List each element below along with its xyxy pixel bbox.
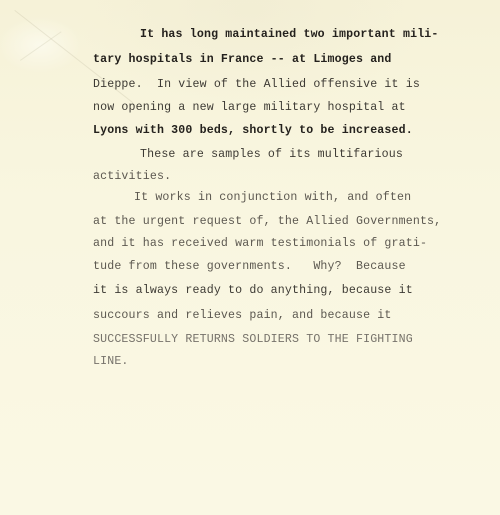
text-line: Lyons with 300 beds, shortly to be incre… [93, 124, 413, 138]
text-line: and it has received warm testimonials of… [93, 237, 427, 251]
text-line: now opening a new large military hospita… [93, 101, 406, 115]
text-line: succours and relieves pain, and because … [93, 309, 392, 323]
typewritten-text: It has long maintained two important mil… [0, 0, 28, 286]
text-line: It has long maintained two important mil… [140, 28, 439, 42]
text-line: SUCCESSFULLY RETURNS SOLDIERS TO THE FIG… [93, 333, 413, 347]
paper-page: It has long maintained two important mil… [0, 0, 500, 515]
text-line: tary hospitals in France -- at Limoges a… [93, 53, 392, 67]
text-line: LINE. [93, 355, 129, 369]
text-line: tude from these governments. Why? Becaus… [93, 260, 406, 274]
text-line: These are samples of its multifarious [140, 148, 403, 162]
text-line: Dieppe. In view of the Allied offensive … [93, 78, 420, 92]
text-line: it is always ready to do anything, becau… [93, 284, 413, 298]
text-line: activities. [93, 170, 171, 184]
text-line: at the urgent request of, the Allied Gov… [93, 215, 441, 229]
text-line: It works in conjunction with, and often [134, 191, 411, 205]
